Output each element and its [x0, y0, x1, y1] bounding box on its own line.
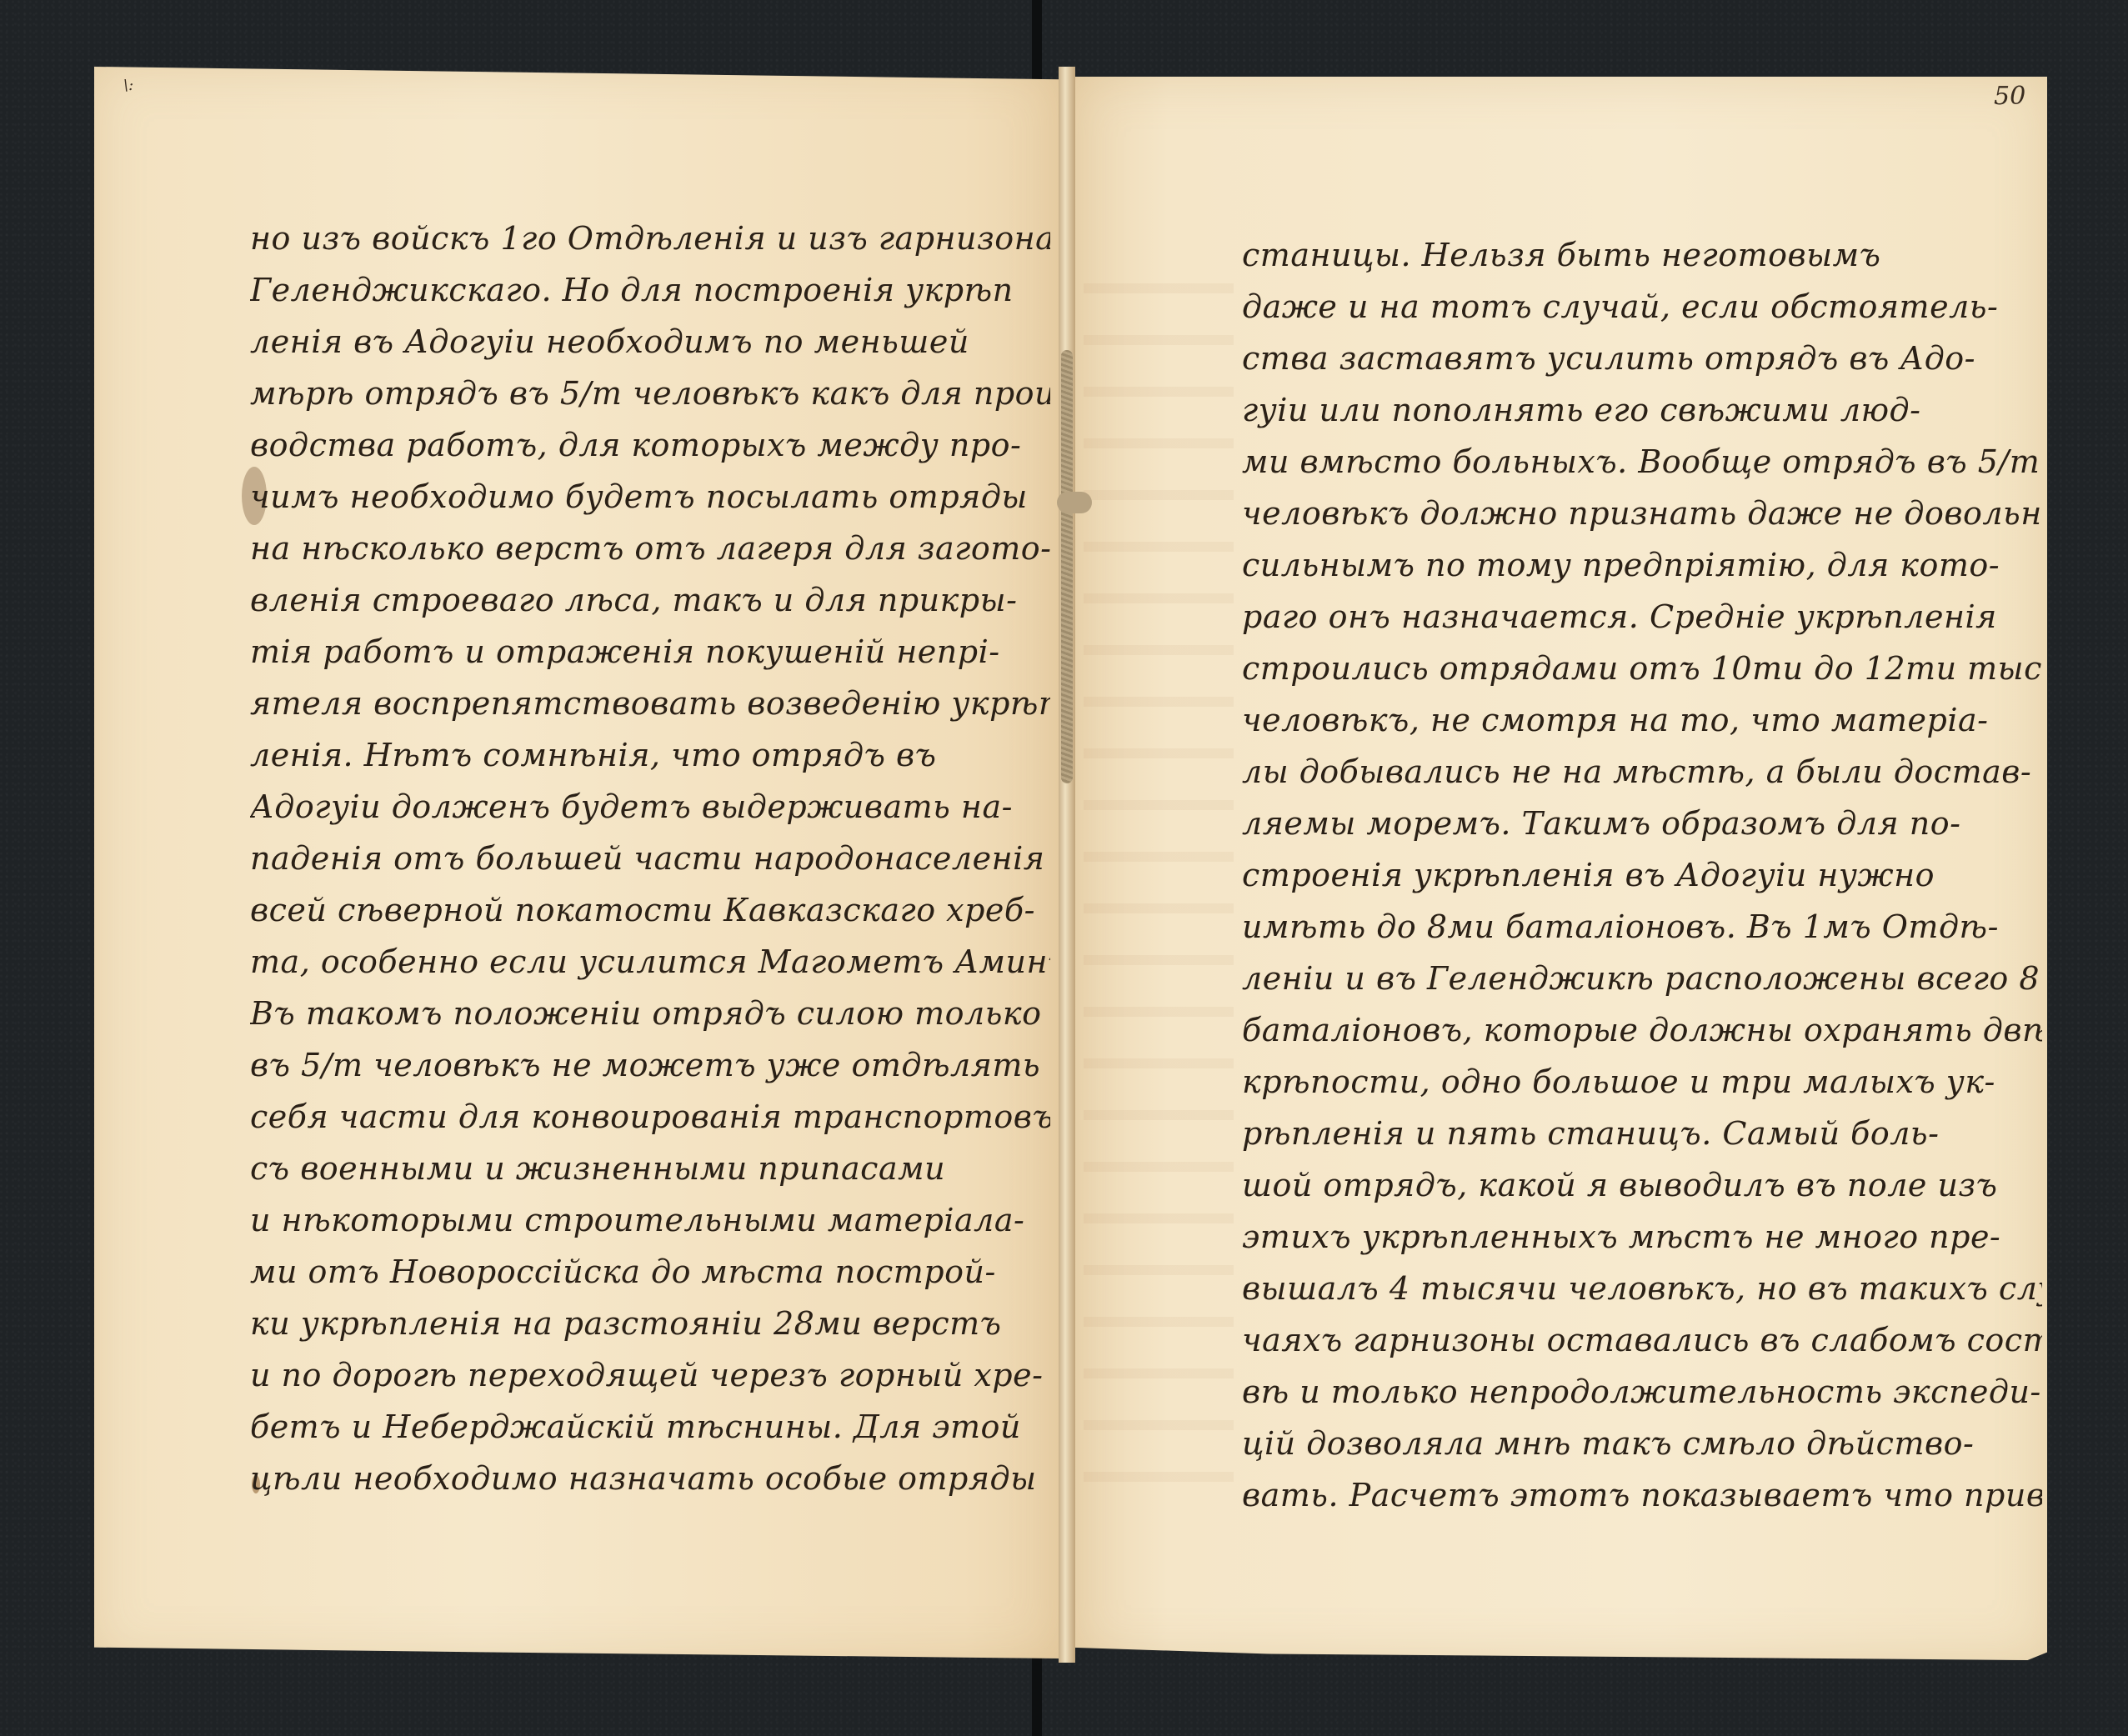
right-page-text: станицы. Нельзя быть неготовымъ даже и н…: [1242, 229, 2042, 1521]
folio-mark-left: \:: [123, 77, 133, 94]
manuscript-line: въ 5/т человѣкъ не можетъ уже отдѣлять о…: [250, 1039, 1050, 1091]
manuscript-line: баталіоновъ, которые должны охранять двѣ: [1242, 1004, 2042, 1056]
manuscript-line: вать. Расчетъ этотъ показываетъ что прив…: [1242, 1469, 2042, 1521]
manuscript-line: Геленджикскаго. Но для построенія укрѣп: [250, 264, 1050, 316]
manuscript-line: себя части для конвоированія транспортов…: [250, 1091, 1050, 1143]
manuscript-line: вѣ и только непродолжительность экспеди-: [1242, 1366, 2042, 1418]
manuscript-line: вленія строеваго лѣса, такъ и для прикры…: [250, 574, 1050, 626]
manuscript-line: леніи и въ Геленджикѣ расположены всего …: [1242, 953, 2042, 1004]
manuscript-line: бетъ и Неберджайскій тѣснины. Для этой: [250, 1401, 1050, 1453]
manuscript-line: крѣпости, одно большое и три малыхъ ук-: [1242, 1056, 2042, 1108]
manuscript-line: ми отъ Новороссійска до мѣста построй-: [250, 1246, 1050, 1298]
binding-string: [1061, 350, 1073, 783]
manuscript-line: ятеля воспрепятствовать возведенію укрѣп: [250, 678, 1050, 729]
manuscript-line: ки укрѣпленія на разстояніи 28ми верстъ: [250, 1298, 1050, 1349]
manuscript-line: раго онъ назначается. Средніе укрѣпленія: [1242, 591, 2042, 643]
manuscript-line: всей сѣверной покатости Кавказскаго хреб…: [250, 884, 1050, 936]
manuscript-line: строились отрядами отъ 10ти до 12ти тыся…: [1242, 643, 2042, 694]
manuscript-line: рѣпленія и пять станицъ. Самый боль-: [1242, 1108, 2042, 1159]
manuscript-line: съ военными и жизненными припасами: [250, 1143, 1050, 1194]
manuscript-line: мѣрѣ отрядъ въ 5/т человѣкъ какъ для про…: [250, 368, 1050, 419]
manuscript-line: даже и на тотъ случай, если обстоятель-: [1242, 281, 2042, 333]
manuscript-line: человѣкъ должно признать даже не довольн…: [1242, 488, 2042, 539]
page-number: 50: [1994, 82, 2025, 111]
manuscript-line: ляемы моремъ. Такимъ образомъ для по-: [1242, 798, 2042, 849]
manuscript-line: имѣть до 8ми баталіоновъ. Въ 1мъ Отдѣ-: [1242, 901, 2042, 953]
manuscript-line: вышалъ 4 тысячи человѣкъ, но въ такихъ с…: [1242, 1263, 2042, 1314]
manuscript-line: сильнымъ по тому предпріятію, для кото-: [1242, 539, 2042, 591]
manuscript-line: строенія укрѣпленія въ Адогуіи нужно: [1242, 849, 2042, 901]
binding-spine: [1059, 67, 1075, 1663]
manuscript-line: на нѣсколько верстъ отъ лагеря для загот…: [250, 523, 1050, 574]
manuscript-line: чимъ необходимо будетъ посылать отряды: [250, 471, 1050, 523]
manuscript-line: цѣли необходимо назначать особые отряды: [250, 1453, 1050, 1504]
manuscript-line: лы добывались не на мѣстѣ, а были достав…: [1242, 746, 2042, 798]
manuscript-line: Адогуіи долженъ будетъ выдерживать на-: [250, 781, 1050, 833]
manuscript-line: цій дозволяла мнѣ такъ смѣло дѣйство-: [1242, 1418, 2042, 1469]
manuscript-line: гуіи или пополнять его свѣжими люд-: [1242, 384, 2042, 436]
manuscript-line: чаяхъ гарнизоны оставались въ слабомъ со…: [1242, 1314, 2042, 1366]
manuscript-line: станицы. Нельзя быть неготовымъ: [1242, 229, 2042, 281]
manuscript-line: ленія въ Адогуіи необходимъ по меньшей: [250, 316, 1050, 368]
manuscript-line: Въ такомъ положеніи отрядъ силою только: [250, 988, 1050, 1039]
manuscript-line: ства заставятъ усилить отрядъ въ Адо-: [1242, 333, 2042, 384]
manuscript-line: и нѣкоторыми строительными матеріала-: [250, 1194, 1050, 1246]
manuscript-line: и по дорогѣ переходящей черезъ горный хр…: [250, 1349, 1050, 1401]
manuscript-line: шой отрядъ, какой я выводилъ въ поле изъ: [1242, 1159, 2042, 1211]
manuscript-line: но изъ войскъ 1го Отдѣленія и изъ гарниз…: [250, 213, 1050, 264]
binding-knot: [1057, 492, 1092, 513]
ink-bleed-through: [1084, 250, 1234, 1500]
manuscript-line: этихъ укрѣпленныхъ мѣстъ не много пре-: [1242, 1211, 2042, 1263]
manuscript-line: тія работъ и отраженія покушеній непрі-: [250, 626, 1050, 678]
left-page-text: но изъ войскъ 1го Отдѣленія и изъ гарниз…: [250, 213, 1050, 1504]
manuscript-line: та, особенно если усилится Магометъ Амин…: [250, 936, 1050, 988]
manuscript-line: человѣкъ, не смотря на то, что матеріа-: [1242, 694, 2042, 746]
manuscript-line: паденія отъ большей части народонаселені…: [250, 833, 1050, 884]
manuscript-line: ленія. Нѣтъ сомнѣнія, что отрядъ въ: [250, 729, 1050, 781]
manuscript-line: водства работъ, для которыхъ между про-: [250, 419, 1050, 471]
manuscript-line: ми вмѣсто больныхъ. Вообще отрядъ въ 5/т: [1242, 436, 2042, 488]
